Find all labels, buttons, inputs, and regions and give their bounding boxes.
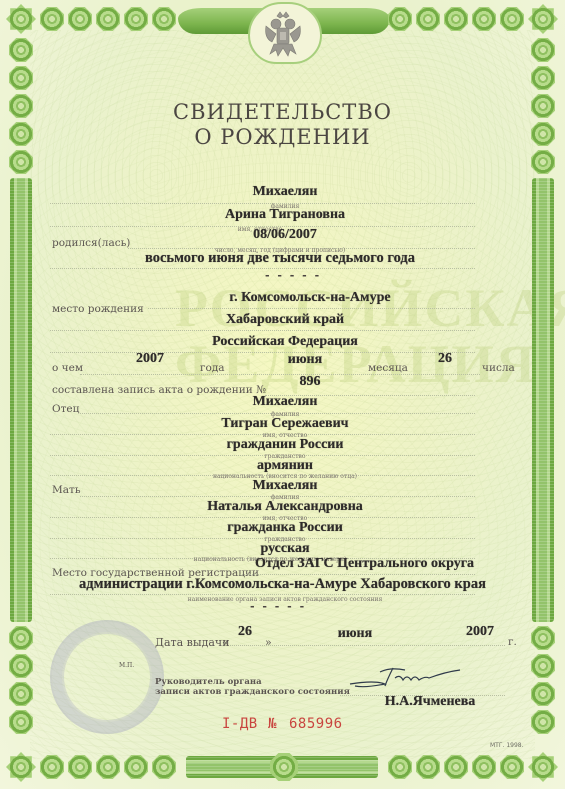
separator: - - - - - <box>265 269 321 282</box>
father-nationality: армянин <box>150 458 420 474</box>
birthplace-country: Российская Федерация <box>150 334 420 350</box>
corner-rosette-icon <box>528 4 558 34</box>
father-name-patronymic: Тигран Сережаевич <box>150 416 420 432</box>
border-column <box>10 178 32 622</box>
border-column <box>532 178 554 622</box>
field-rule <box>50 352 475 353</box>
border-rosette-icon <box>388 7 412 31</box>
mother-nationality: русская <box>150 541 420 557</box>
certificate-series: I-ДВ <box>222 716 258 732</box>
mother-label: Мать <box>52 484 81 496</box>
border-rosette-icon <box>9 150 33 174</box>
stamp-label: М.П. <box>119 662 134 669</box>
field-rule <box>148 308 475 309</box>
record-year: 2007 <box>115 351 185 367</box>
separator: - - - - - <box>250 600 306 613</box>
printer-mark: МТГ. 1998. <box>490 742 524 749</box>
border-rosette-icon <box>500 7 524 31</box>
corner-rosette-icon <box>6 752 36 782</box>
signatory-name: Н.А.Ячменева <box>375 694 485 710</box>
record-month: июня <box>265 352 345 368</box>
serial-number-sign: № <box>268 716 277 732</box>
issue-year-suffix: г. <box>508 636 517 648</box>
issue-date-label: Дата выдачи <box>155 636 230 649</box>
border-rosette-icon <box>472 7 496 31</box>
registration-office-line2: администрации г.Комсомольска-на-Амуре Ха… <box>60 576 505 593</box>
field-rule <box>50 594 475 595</box>
issue-month: июня <box>320 626 390 642</box>
corner-rosette-icon <box>6 4 36 34</box>
border-rosette-icon <box>152 7 176 31</box>
center-rosette-icon <box>270 753 298 781</box>
field-rule <box>230 645 505 646</box>
border-rosette-icon <box>68 7 92 31</box>
registration-office-line1: Отдел ЗАГС Центрального округа <box>255 556 505 572</box>
father-surname: Михаелян <box>150 394 420 410</box>
born-label: родился(лась) <box>52 237 130 249</box>
border-rosette-icon <box>416 7 440 31</box>
border-rosette-icon <box>444 7 468 31</box>
serial-number: 685996 <box>289 716 343 732</box>
record-month-label: месяца <box>368 362 408 374</box>
birthplace-label: место рождения <box>52 303 144 315</box>
father-label: Отец <box>52 403 79 415</box>
child-name-patronymic: Арина Тиграновна <box>150 207 420 223</box>
issue-quote-close: » <box>265 636 272 649</box>
issue-year: 2007 <box>455 624 505 640</box>
field-rule <box>50 268 475 269</box>
child-surname: Михаелян <box>150 184 420 200</box>
act-number: 896 <box>280 374 340 390</box>
record-day: 26 <box>425 351 465 367</box>
document-title-line2: О РОЖДЕНИИ <box>0 125 565 149</box>
border-rosette-icon <box>40 7 64 31</box>
birth-date: 08/06/2007 <box>200 227 370 243</box>
birth-certificate: РОССИЙСКАЯ ФЕДЕРАЦИЯ <box>0 0 565 789</box>
birthplace-region: Хабаровский край <box>150 312 420 328</box>
border-rosette-icon <box>124 7 148 31</box>
field-rule <box>50 330 475 331</box>
field-rule <box>240 574 475 575</box>
mother-surname: Михаелян <box>150 478 420 494</box>
record-day-label: числа <box>482 362 515 374</box>
mother-name-patronymic: Наталья Александровна <box>150 499 420 515</box>
father-citizenship: гражданин России <box>150 437 420 453</box>
border-rosette-icon <box>96 7 120 31</box>
russian-coat-of-arms-icon <box>262 8 304 62</box>
signature <box>345 662 475 692</box>
signatory-label-line1: Руководитель органа <box>155 677 262 687</box>
issue-day: 26 <box>225 624 265 640</box>
document-title-line1: СВИДЕТЕЛЬСТВО <box>0 100 565 124</box>
record-about-label: о чем <box>52 362 83 374</box>
corner-rosette-icon <box>528 752 558 782</box>
signatory-label-line2: записи актов гражданского состояния <box>155 687 350 697</box>
mother-citizenship: гражданка России <box>150 520 420 536</box>
official-seal-stamp <box>50 620 164 734</box>
birth-date-words: восьмого июня две тысячи седьмого года <box>60 250 500 267</box>
record-year-label: года <box>200 362 225 374</box>
birthplace-city: г. Комсомольск-на-Амуре <box>180 290 440 306</box>
